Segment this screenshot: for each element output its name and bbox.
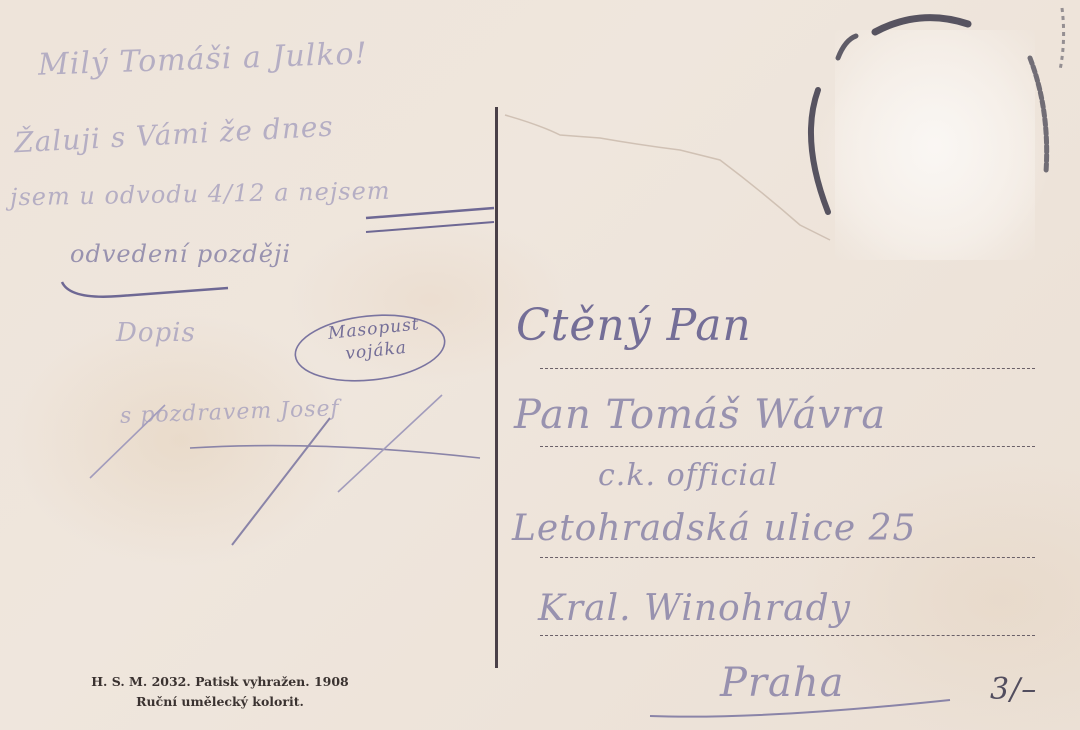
address-dotted-line-3 xyxy=(540,557,1035,558)
address-district: Kral. Winohrady xyxy=(538,588,851,629)
underline-anejsem-2 xyxy=(366,222,494,232)
address-title: c.k. official xyxy=(598,458,778,493)
address-divider xyxy=(495,107,498,668)
postmark-arc-topleft xyxy=(838,36,856,58)
postmark-arc-far-right xyxy=(1060,8,1064,70)
underline-odvedeni xyxy=(62,282,228,297)
address-city: Praha xyxy=(720,660,845,706)
address-dotted-line-1 xyxy=(540,368,1035,369)
address-annotation: 3/– xyxy=(990,672,1037,707)
address-recipient-name: Pan Tomáš Wávra xyxy=(514,392,886,438)
address-dotted-line-2 xyxy=(540,446,1035,447)
postcard-back: Milý Tomáši a Julko! Žaluji s Vámi že dn… xyxy=(0,0,1080,730)
message-line-4: odvedení později xyxy=(70,240,291,268)
signature-stroke-2 xyxy=(190,446,480,458)
underline-anejsem-1 xyxy=(366,208,494,218)
address-salutation: Ctěný Pan xyxy=(516,300,752,351)
signature-stroke-4 xyxy=(338,395,442,492)
signature-stroke-1 xyxy=(232,418,330,545)
torn-edge-line xyxy=(505,115,830,240)
postmark-arc-left xyxy=(811,90,828,212)
address-street: Letohradská ulice 25 xyxy=(512,508,916,549)
imprint-line-2: Ruční umělecký kolorit. xyxy=(60,692,380,712)
publisher-imprint: H. S. M. 2032. Patisk vyhražen. 1908 Ruč… xyxy=(60,672,380,712)
imprint-line-1: H. S. M. 2032. Patisk vyhražen. 1908 xyxy=(60,672,380,692)
address-dotted-line-4 xyxy=(540,635,1035,636)
postmark-arc-right xyxy=(1030,58,1047,172)
postmark-arc-top xyxy=(875,18,968,32)
message-line-5: Dopis xyxy=(116,318,196,348)
